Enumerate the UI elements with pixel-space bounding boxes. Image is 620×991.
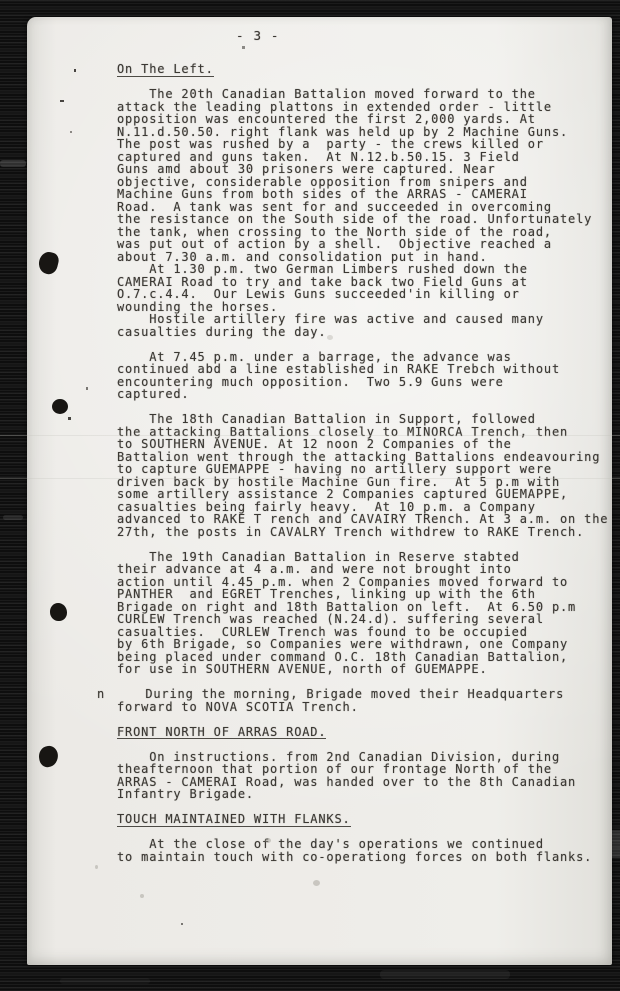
- page-number: - 3 -: [236, 28, 280, 43]
- film-scratch: [380, 970, 510, 979]
- ink-blot: [50, 603, 67, 621]
- blank-line: [117, 338, 619, 351]
- text-line: continued abd a line established in RAKE…: [117, 363, 619, 376]
- document-text: On The Left. The 20th Canadian Battalion…: [117, 63, 619, 863]
- ink-speck: [60, 100, 64, 102]
- text-line: was put out of action by a shell. Object…: [117, 238, 619, 251]
- text-line: The 18th Canadian Battalion in Support, …: [117, 413, 619, 426]
- text-line: n During the morning, Brigade moved thei…: [97, 688, 619, 701]
- heading-line: On The Left.: [117, 63, 619, 76]
- text-line: O.7.c.4.4. Our Lewis Guns succeeded'in k…: [117, 288, 619, 301]
- text-line: At 1.30 p.m. two German Limbers rushed d…: [117, 263, 619, 276]
- film-scratch: [3, 515, 23, 520]
- text-line: opposition was encountered the first 2,0…: [117, 113, 619, 126]
- stain-smudge: [95, 865, 98, 869]
- ink-speck: [68, 417, 71, 420]
- text-line: forward to NOVA SCOTIA Trench.: [117, 701, 619, 714]
- text-line: Machine Guns from both sides of the ARRA…: [117, 188, 619, 201]
- text-line: Hostile artillery fire was active and ca…: [117, 313, 619, 326]
- stain-smudge: [265, 838, 271, 843]
- section-heading: TOUCH MAINTAINED WITH FLANKS.: [117, 813, 351, 827]
- ink-speck: [181, 923, 183, 925]
- stain-smudge: [140, 894, 144, 898]
- text-line: by 6th Brigade, so Companies were withdr…: [117, 638, 619, 651]
- fold-line: [0, 478, 620, 479]
- text-line: At the close of the day's operations we …: [117, 838, 619, 851]
- text-line: The 20th Canadian Battalion moved forwar…: [117, 88, 619, 101]
- text-line: 27th, the posts in CAVALRY Trench withdr…: [117, 526, 619, 539]
- text-line: to maintain touch with co-operationg for…: [117, 851, 619, 864]
- text-line: CURLEW Trench was reached (N.24.d). suff…: [117, 613, 619, 626]
- ink-blot: [37, 250, 61, 276]
- scanned-document: - 3 - On The Left. The 20th Canadian Bat…: [0, 0, 620, 991]
- text-line: captured.: [117, 388, 619, 401]
- text-line: some artillery assistance 2 Companies ca…: [117, 488, 619, 501]
- blank-line: [117, 538, 619, 551]
- ink-speck: [70, 131, 72, 133]
- text-line: advanced to RAKE T rench and CAVAIRY TRe…: [117, 513, 619, 526]
- ink-blot: [38, 745, 60, 768]
- text-line: Guns amd about 30 prisoners were capture…: [117, 163, 619, 176]
- text-line: for use in SOUTHERN AVENUE, north of GUE…: [117, 663, 619, 676]
- text-line: The post was rushed by a party - the cre…: [117, 138, 619, 151]
- film-scratch: [612, 830, 620, 858]
- ink-speck: [86, 387, 88, 390]
- text-line: their advance at 4 a.m. and were not bro…: [117, 563, 619, 576]
- text-line: casualties during the day.: [117, 326, 619, 339]
- blank-line: [117, 738, 619, 751]
- paper: - 3 - On The Left. The 20th Canadian Bat…: [27, 17, 612, 965]
- text-line: to SOUTHERN AVENUE. At 12 noon 2 Compani…: [117, 438, 619, 451]
- fold-line: [0, 435, 620, 436]
- film-scratch: [0, 160, 26, 167]
- section-heading: FRONT NORTH OF ARRAS ROAD.: [117, 726, 326, 740]
- section-heading: On The Left.: [117, 63, 214, 77]
- text-line: theafternoon that portion of our frontag…: [117, 763, 619, 776]
- ink-speck: [242, 46, 245, 49]
- stain-smudge: [313, 880, 320, 886]
- heading-line: TOUCH MAINTAINED WITH FLANKS.: [117, 813, 619, 826]
- text-line: Infantry Brigade.: [117, 788, 619, 801]
- ink-speck: [74, 69, 76, 72]
- text-line: encountering much opposition. Two 5.9 Gu…: [117, 376, 619, 389]
- text-line: to capture GUEMAPPE - having no artiller…: [117, 463, 619, 476]
- text-line: the resistance on the South side of the …: [117, 213, 619, 226]
- stain-smudge: [327, 335, 333, 340]
- text-line: PANTHER and EGRET Trenches, linking up w…: [117, 588, 619, 601]
- heading-line: FRONT NORTH OF ARRAS ROAD.: [117, 726, 619, 739]
- blank-line: [117, 713, 619, 726]
- ink-blot: [52, 399, 68, 414]
- film-scratch: [60, 978, 150, 984]
